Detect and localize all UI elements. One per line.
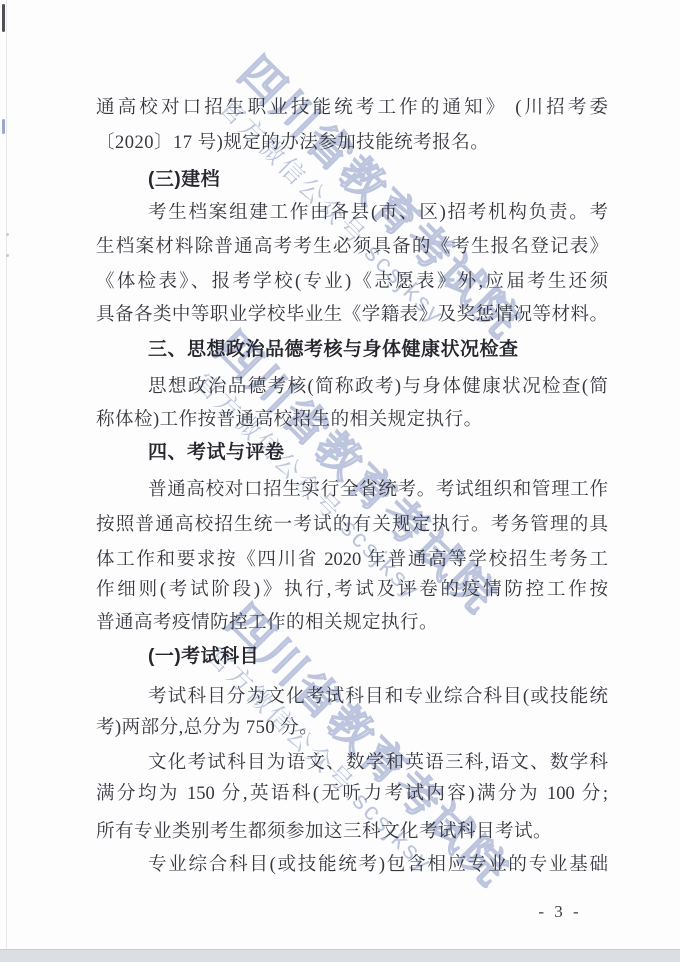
document-line: 考试科目分为文化考试科目和专业综合科目(或技能统 bbox=[148, 685, 608, 711]
document-line: 文化考试科目为语文、数学和英语三科,语文、数学科 bbox=[148, 751, 608, 777]
text-layer: 通高校对口招生职业技能统考工作的通知》 (川招考委〔2020〕17 号)规定的办… bbox=[0, 0, 680, 962]
document-line: 普通高校对口招生实行全省统考。考试组织和管理工作 bbox=[148, 478, 608, 504]
heading-line: (一)考试科目 bbox=[148, 645, 608, 671]
document-line: 作细则(考试阶段)》执行,考试及评卷的疫情防控工作按 bbox=[96, 578, 608, 604]
document-line: 通高校对口招生职业技能统考工作的通知》 (川招考委 bbox=[96, 96, 608, 122]
heading-line: 四、考试与评卷 bbox=[148, 441, 608, 467]
document-line: 所有专业类别考生都须参加这三科文化考试科目考试。 bbox=[96, 820, 608, 846]
scan-speck bbox=[6, 254, 9, 257]
document-line: 考)两部分,总分为 750 分。 bbox=[96, 716, 608, 742]
heading-line: (三)建档 bbox=[148, 168, 608, 194]
scan-edge-bottom bbox=[0, 949, 680, 962]
page-number: - 3 - bbox=[518, 901, 602, 923]
document-line: 具备各类中等职业学校毕业生《学籍表》及奖惩情况等材料。 bbox=[96, 303, 608, 329]
scan-mark-dark bbox=[2, 4, 5, 32]
document-line: 考生档案组建工作由各县(市、区)招考机构负责。考 bbox=[148, 201, 608, 227]
document-line: 思想政治品德考核(简称政考)与身体健康状况检查(简 bbox=[148, 375, 608, 401]
document-line: 生档案材料除普通高考考生必须具备的《考生报名登记表》 bbox=[96, 235, 608, 261]
document-line: 称体检)工作按普通高校招生的相关规定执行。 bbox=[96, 408, 608, 434]
scan-mark-blue bbox=[2, 119, 5, 134]
scan-speck bbox=[6, 233, 9, 236]
document-line: 按照普通高校招生统一考试的有关规定执行。考务管理的具 bbox=[96, 513, 608, 539]
document-line: 满分均为 150 分,英语科(无听力考试内容)满分为 100 分; bbox=[96, 782, 608, 808]
document-line: 专业综合科目(或技能统考)包含相应专业的专业基础 bbox=[148, 853, 608, 879]
document-line: 《体检表》、报考学校(专业)《志愿表》外,应届考生还须 bbox=[96, 270, 608, 296]
document-line: 普通高考疫情防控工作的相关规定执行。 bbox=[96, 611, 608, 637]
document-page: 四川省教育考试院官方微信公众号:scsjksy四川省教育考试院官方微信公众号:s… bbox=[0, 0, 680, 962]
document-line: 体工作和要求按《四川省 2020 年普通高等学校招生考务工 bbox=[96, 548, 608, 574]
scan-edge-left bbox=[6, 0, 7, 962]
heading-line: 三、思想政治品德考核与身体健康状况检查 bbox=[148, 338, 608, 364]
document-line: 〔2020〕17 号)规定的办法参加技能统考报名。 bbox=[96, 131, 608, 157]
